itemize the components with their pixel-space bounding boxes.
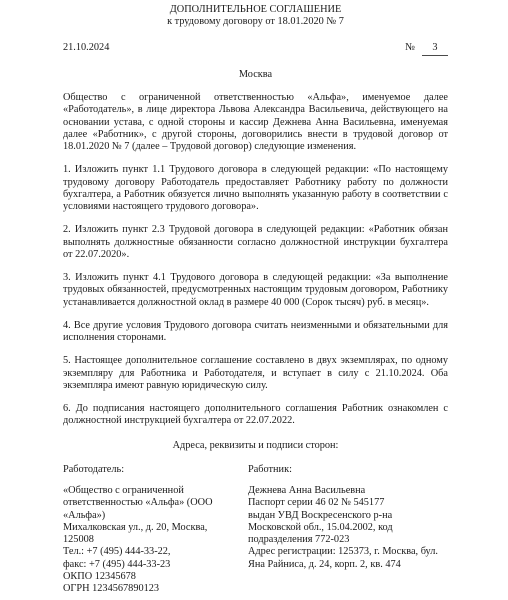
- employee-detail-line: Московской обл., 15.04.2002, код: [248, 522, 448, 534]
- employee-label: Работник:: [248, 464, 448, 476]
- employer-detail-line: факс: +7 (495) 444-33-23: [63, 559, 248, 571]
- document-date: 21.10.2024: [63, 42, 109, 54]
- employer-detail-line: ОГРН 1234567890123: [63, 583, 248, 595]
- clause-6: 6. До подписания настоящего дополнительн…: [63, 403, 448, 428]
- employer-detail-line: ответственностью «Альфа» (ООО: [63, 497, 248, 509]
- document-city: Москва: [63, 69, 448, 81]
- clause-4: 4. Все другие условия Трудового договора…: [63, 320, 448, 345]
- date-number-row: 21.10.2024 №3: [63, 42, 448, 56]
- employee-detail-line: Адрес регистрации: 125373, г. Москва, бу…: [248, 546, 448, 558]
- title-line-2: к трудовому договору от 18.01.2020 № 7: [63, 16, 448, 28]
- employee-detail-line: Паспорт серии 46 02 № 545177: [248, 497, 448, 509]
- employer-detail-line: «Альфа»): [63, 510, 248, 522]
- number-sign: №: [405, 42, 415, 53]
- preamble-paragraph: Общество с ограниченной ответственностью…: [63, 92, 448, 153]
- clause-2: 2. Изложить пункт 2.3 Трудовой договора …: [63, 224, 448, 261]
- signatures-heading: Адреса, реквизиты и подписи сторон:: [63, 440, 448, 452]
- signature-details-row: «Общество с ограниченной ответственность…: [63, 485, 448, 595]
- clause-5: 5. Настоящее дополнительное соглашение с…: [63, 355, 448, 392]
- employee-detail-line: Дежнева Анна Васильевна: [248, 485, 448, 497]
- number-value: 3: [422, 42, 448, 56]
- employer-detail-line: Тел.: +7 (495) 444-33-22,: [63, 546, 248, 558]
- employee-detail-line: выдан УВД Воскресенского р-на: [248, 510, 448, 522]
- document-number: №3: [405, 42, 448, 56]
- clause-1: 1. Изложить пункт 1.1 Трудового договора…: [63, 164, 448, 213]
- employer-detail-line: ОКПО 12345678: [63, 571, 248, 583]
- clause-3: 3. Изложить пункт 4.1 Трудового договора…: [63, 272, 448, 309]
- signature-labels-row: Работодатель: Работник:: [63, 464, 448, 476]
- employer-details: «Общество с ограниченной ответственность…: [63, 485, 248, 595]
- employer-detail-line: «Общество с ограниченной: [63, 485, 248, 497]
- document-title: ДОПОЛНИТЕЛЬНОЕ СОГЛАШЕНИЕ к трудовому до…: [63, 4, 448, 29]
- employer-detail-line: 125008: [63, 534, 248, 546]
- employer-detail-line: Михалковская ул., д. 20, Москва,: [63, 522, 248, 534]
- document-page: ДОПОЛНИТЕЛЬНОЕ СОГЛАШЕНИЕ к трудовому до…: [0, 0, 508, 600]
- employer-label: Работодатель:: [63, 464, 248, 476]
- employee-detail-line: Яна Райниса, д. 24, корп. 2, кв. 474: [248, 559, 448, 571]
- employee-detail-line: подразделения 772-023: [248, 534, 448, 546]
- title-line-1: ДОПОЛНИТЕЛЬНОЕ СОГЛАШЕНИЕ: [63, 4, 448, 16]
- employee-details: Дежнева Анна Васильевна Паспорт серии 46…: [248, 485, 448, 595]
